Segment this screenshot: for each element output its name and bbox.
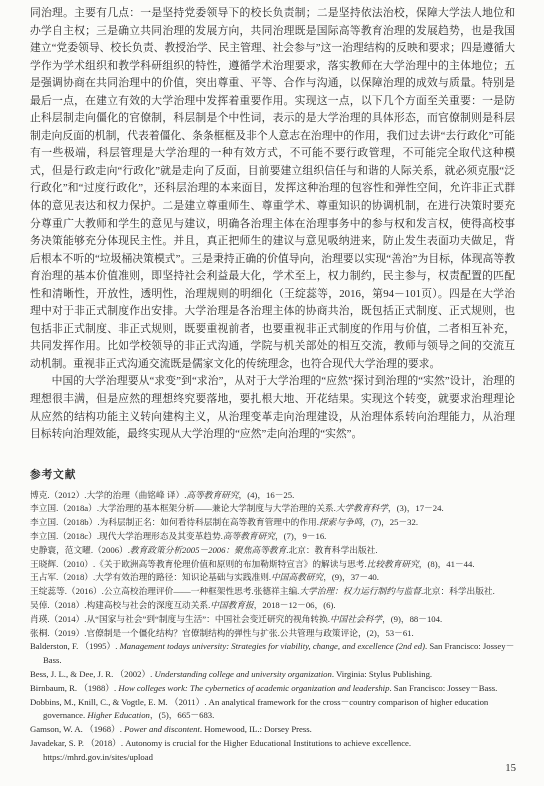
reference-text: ，(9)，37－40. — [323, 572, 379, 582]
reference-item: 李立国.（2018b）.为科层制正名：如何看待科层制在高等教育管理中的作用.探索… — [30, 516, 515, 530]
reference-text: Balderston, F. （1995）. — [30, 641, 120, 651]
reference-text: Javadekar, S. P. （2018）. Autonomy is cru… — [30, 738, 411, 762]
reference-text: ，2018－12－06，(6). — [254, 600, 336, 610]
reference-text: . Homewood, IL.: Dorsey Press. — [200, 724, 312, 734]
reference-text: Birnbaum, R. （1988）. — [30, 683, 118, 693]
reference-title: 中国教育报 — [210, 600, 253, 610]
reference-item: 博克.（2012）.大学的治理（曲铭峰 译）.高等教育研究，(4)，16－25. — [30, 489, 515, 503]
reference-title: Understanding college and university org… — [155, 669, 332, 679]
reference-item: 王绽蕊等.（2016）.公立高校治理评价——一种框架性思考.张德祥主编.大学治理… — [30, 585, 515, 599]
reference-title: 教育政策分析2005－2006：聚焦高等教育 — [130, 545, 286, 555]
reference-item: Dobbins, M., Knill, C., & Vogtle, E. M. … — [30, 696, 515, 724]
reference-item: Gamson, W. A. （1968）. Power and disconte… — [30, 723, 515, 737]
reference-text: 李立国.（2018b）.为科层制正名：如何看待科层制在高等教育管理中的作用. — [30, 517, 319, 527]
reference-item: 史静寰，范文曜.（2006）.教育政策分析2005－2006：聚焦高等教育.北京… — [30, 544, 515, 558]
reference-text: ，(8)，41－44. — [419, 559, 475, 569]
reference-title: 探索与争鸣 — [319, 517, 362, 527]
reference-item: Javadekar, S. P. （2018）. Autonomy is cru… — [30, 737, 515, 765]
reference-item: 李立国.（2018c）.现代大学治理形态及其变革趋势.高等教育研究，(7)，9－… — [30, 530, 515, 544]
page-number: 15 — [505, 762, 516, 774]
reference-text: 李立国.（2018c）.现代大学治理形态及其变革趋势. — [30, 531, 223, 541]
reference-title: 大学治理：权力运行制约与监督 — [299, 586, 421, 596]
reference-item: Birnbaum, R. （1988）. How colleges work: … — [30, 682, 515, 696]
reference-text: 肖瑛.（2014）.从“国家与社会”到“制度与生活”：中国社会变迁研究的视角转换… — [30, 614, 330, 624]
reference-text: 王占军.（2018）.大学有效治理的路径：知识论基础与实践准则. — [30, 572, 271, 582]
reference-title: Higher Education — [87, 710, 150, 720]
reference-item: 吴倬.（2018）.构建高校与社会的深度互动关系.中国教育报，2018－12－0… — [30, 599, 515, 613]
body-paragraph-continuation: 同治理。主要有几点：一是坚持党委领导下的校长负责制；二是坚持依法治校，保障大学法… — [30, 5, 515, 373]
reference-title: 中国高教研究 — [271, 572, 323, 582]
reference-text: Bess, J. L., & Dee, J. R. （2002）. — [30, 669, 155, 679]
reference-text: 李立国.（2018a）.大学治理的基本框架分析——兼论大学制度与大学治理的关系. — [30, 503, 336, 513]
reference-text: 王绽蕊等.（2016）.公立高校治理评价——一种框架性思考.张德祥主编. — [30, 586, 299, 596]
reference-title: How colleges work: The cybernetics of ac… — [118, 683, 389, 693]
reference-item: 王晓辉.（2010）.《关于欧洲高等教育伦理价值和原则的布加勒斯特宣言》的解读与… — [30, 558, 515, 572]
reference-text: .北京：科学出版社. — [421, 586, 495, 596]
reference-item: Bess, J. L., & Dee, J. R. （2002）. Unders… — [30, 668, 515, 682]
reference-item: 肖瑛.（2014）.从“国家与社会”到“制度与生活”：中国社会变迁研究的视角转换… — [30, 613, 515, 627]
reference-title: 高等教育研究 — [223, 531, 275, 541]
reference-text: . Virginia: Stylus Publishing. — [332, 669, 432, 679]
reference-item: 张桐.（2019）.官僚制是一个僵化结构？官僚制结构的弹性与扩张.公共管理与政策… — [30, 627, 515, 641]
reference-text: ，(5)，665－683. — [150, 710, 214, 720]
references-heading: 参考文献 — [30, 467, 515, 482]
references-list: 博克.（2012）.大学的治理（曲铭峰 译）.高等教育研究，(4)，16－25.… — [30, 489, 515, 765]
reference-text: ，(9)，88－104. — [382, 614, 442, 624]
reference-title: Power and discontent — [124, 724, 200, 734]
reference-item: 李立国.（2018a）.大学治理的基本框架分析——兼论大学制度与大学治理的关系.… — [30, 502, 515, 516]
body-paragraph-conclusion: 中国的大学治理要从“求变”到“求治”，从对于大学治理的“应然”探讨到治理的“实然… — [30, 373, 515, 443]
reference-title: 比较教育研究 — [367, 559, 419, 569]
reference-text: ，(3)，17－24. — [388, 503, 444, 513]
reference-title: 高等教育研究 — [186, 490, 238, 500]
reference-title: 大学教育科学 — [336, 503, 388, 513]
document-page: 同治理。主要有几点：一是坚持党委领导下的校长负责制；二是坚持依法治校，保障大学法… — [0, 0, 544, 786]
article-body: 同治理。主要有几点：一是坚持党委领导下的校长负责制；二是坚持依法治校，保障大学法… — [30, 5, 515, 444]
reference-text: 张桐.（2019）.官僚制是一个僵化结构？官僚制结构的弹性与扩张.公共管理与政策… — [30, 628, 414, 638]
reference-item: Balderston, F. （1995）. Management todays… — [30, 640, 515, 668]
reference-title: 中国社会科学 — [330, 614, 382, 624]
reference-text: 博克.（2012）.大学的治理（曲铭峰 译）. — [30, 490, 186, 500]
reference-title: Management todays university: Strategies… — [120, 641, 425, 651]
reference-text: ，(7)，25－32. — [362, 517, 418, 527]
reference-item: 王占军.（2018）.大学有效治理的路径：知识论基础与实践准则.中国高教研究，(… — [30, 571, 515, 585]
reference-text: .北京：教育科学出版社. — [286, 545, 377, 555]
reference-text: ，(4)，16－25. — [239, 490, 295, 500]
reference-text: 王晓辉.（2010）.《关于欧洲高等教育伦理价值和原则的布加勒斯特宣言》的解读与… — [30, 559, 367, 569]
reference-text: Gamson, W. A. （1968）. — [30, 724, 124, 734]
reference-text: ，(7)，9－16. — [275, 531, 326, 541]
reference-text: . San Francisco: Jossey－Bass. — [389, 683, 497, 693]
reference-text: 吴倬.（2018）.构建高校与社会的深度互动关系. — [30, 600, 210, 610]
reference-text: 史静寰，范文曜.（2006）. — [30, 545, 130, 555]
